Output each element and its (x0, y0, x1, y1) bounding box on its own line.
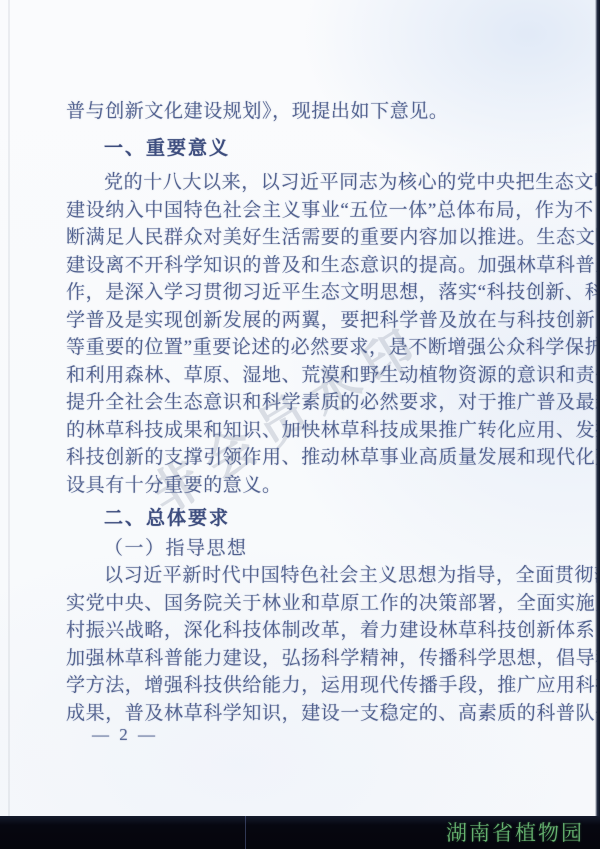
text-line: 建设离不开科学知识的普及和生态意识的提高。加强林草科普工 (66, 252, 544, 280)
text-line: 断满足人民群众对美好生活需要的重要内容加以推进。生态文明 (66, 224, 544, 252)
text-line: 党的十八大以来，以习近平同志为核心的党中央把生态文明 (66, 169, 544, 197)
text-line: 设具有十分重要的意义。 (66, 472, 544, 500)
text-line: 的林草科技成果和知识、加快林草科技成果推广转化应用、发挥 (66, 417, 544, 445)
text-line: 实党中央、国务院关于林业和草原工作的决策部署，全面实施乡 (66, 590, 544, 618)
text-line: 和利用森林、草原、湿地、荒漠和野生动植物资源的意识和责任， (66, 362, 544, 390)
section-heading-2: 二、总体要求 (66, 505, 544, 533)
scan-edge-shadow (595, 0, 600, 816)
document-text: 普与创新文化建设规划》，现提出如下意见。 一、重要意义 党的十八大以来，以习近平… (66, 0, 544, 749)
text-line: 科技创新的支撑引领作用、推动林草事业高质量发展和现代化建 (66, 444, 544, 472)
scan-seam (245, 816, 246, 849)
scanned-document-page: 非会员水印 普与创新文化建设规划》，现提出如下意见。 一、重要意义 党的十八大以… (0, 0, 600, 849)
sub-heading: （一）指导思想 (66, 535, 544, 563)
text-line: 等重要的位置”重要论述的必然要求，是不断增强公众科学保护 (66, 334, 544, 362)
scanner-streak (8, 0, 10, 816)
text-line: 提升全社会生态意识和科学素质的必然要求，对于推广普及最新 (66, 389, 544, 417)
text-line: 加强林草科普能力建设，弘扬科学精神，传播科学思想，倡导科 (66, 645, 544, 673)
text-line: 学方法，增强科技供给能力，运用现代传播手段，推广应用科技 (66, 672, 544, 700)
text-line: 学普及是实现创新发展的两翼，要把科学普及放在与科技创新同 (66, 307, 544, 335)
text-line: 以习近平新时代中国特色社会主义思想为指导，全面贯彻落 (66, 562, 544, 590)
section-heading-1: 一、重要意义 (66, 135, 544, 163)
green-corner-watermark: 湖南省植物园 (446, 817, 584, 847)
text-line: 建设纳入中国特色社会主义事业“五位一体”总体布局，作为不 (66, 197, 544, 225)
text-line: 村振兴战略，深化科技体制改革，着力建设林草科技创新体系， (66, 617, 544, 645)
text-line: 普与创新文化建设规划》，现提出如下意见。 (66, 98, 544, 126)
text-line: 作，是深入学习贯彻习近平生态文明思想，落实“科技创新、科 (66, 279, 544, 307)
